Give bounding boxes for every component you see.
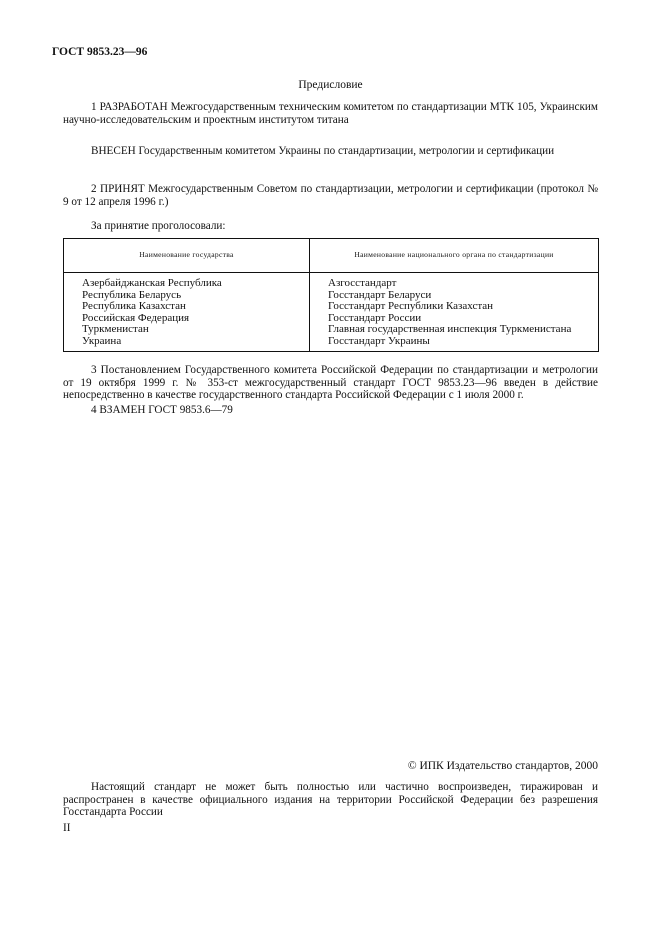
copyright-notice: © ИПК Издательство стандартов, 2000 (408, 760, 598, 773)
column-header-state: Наименование государства (64, 239, 310, 273)
table-cell-standards-body: Азгосстандарт (328, 278, 598, 290)
page-number: II (63, 822, 70, 835)
standards-bodies-column: Азгосстандарт Госстандарт Беларуси Госст… (310, 273, 599, 352)
reproduction-notice: Настоящий стандарт не может быть полност… (63, 781, 598, 819)
table-cell-state: Украина (82, 336, 309, 348)
section-heading: Предисловие (0, 79, 661, 92)
document-code: ГОСТ 9853.23—96 (52, 46, 147, 59)
table-header-row: Наименование государства Наименование на… (64, 239, 599, 273)
table-body-row: Азербайджанская Республика Республика Бе… (64, 273, 599, 352)
voting-table: Наименование государства Наименование на… (63, 238, 599, 352)
paragraph-replaces: 4 ВЗАМЕН ГОСТ 9853.6—79 (63, 404, 598, 417)
column-header-standards-body: Наименование национального органа по ста… (310, 239, 599, 273)
paragraph-adopted: 2 ПРИНЯТ Межгосударственным Советом по с… (63, 183, 598, 208)
paragraph-enacted: 3 Постановлением Государственного комите… (63, 364, 598, 402)
table-cell-standards-body: Госстандарт Украины (328, 336, 598, 348)
states-column: Азербайджанская Республика Республика Бе… (64, 273, 310, 352)
paragraph-voted: За принятие проголосовали: (63, 220, 598, 233)
paragraph-introduced: ВНЕСЕН Государственным комитетом Украины… (63, 145, 598, 158)
paragraph-developed: 1 РАЗРАБОТАН Межгосударственным техничес… (63, 101, 598, 126)
table-cell-state: Азербайджанская Республика (82, 278, 309, 290)
